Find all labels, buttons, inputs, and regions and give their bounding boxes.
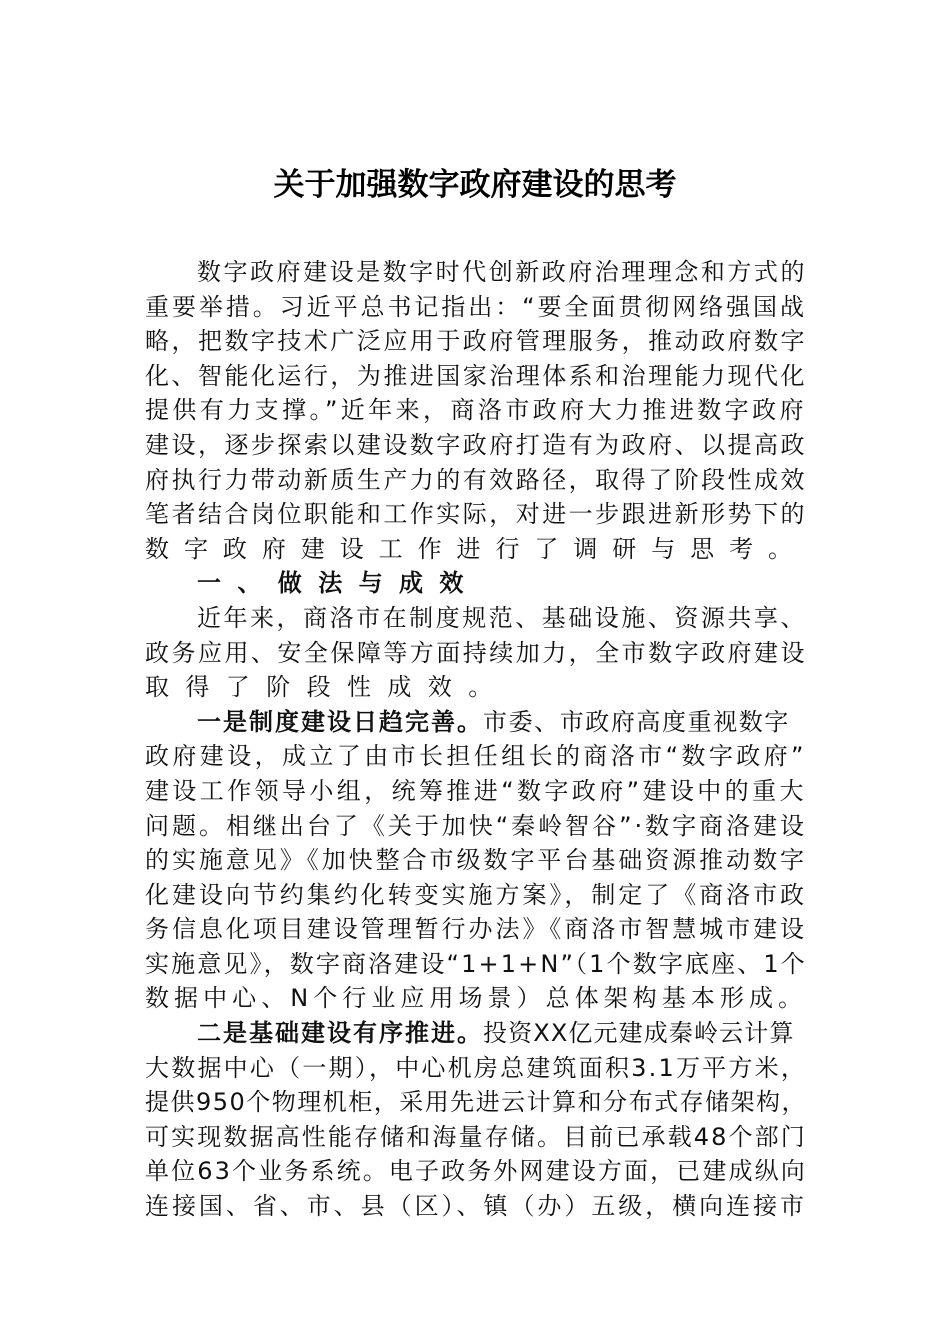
document-title: 关于加强数字政府建设的思考 xyxy=(0,163,950,207)
text-line: 略，把数字技术广泛应用于政府管理服务，推动政府数字 xyxy=(145,324,807,359)
text-line: 一是制度建设日趋完善。市委、市政府高度重视数字 xyxy=(145,705,807,740)
text-line: 化、智能化运行，为推进国家治理体系和治理能力现代化 xyxy=(145,359,807,394)
lead-phrase: 一是制度建设日趋完善。 xyxy=(197,708,483,736)
text-line: 可实现数据高性能存储和海量存储。目前已承载48个部门 xyxy=(145,1120,807,1155)
paragraph-institutional: 一是制度建设日趋完善。市委、市政府高度重视数字 政府建设，成立了由市长担任组长的… xyxy=(145,705,807,1016)
text-line: 实施意见》，数字商洛建设“1+1+N”（1个数字底座、1个 xyxy=(145,947,807,982)
document-page: 关于加强数字政府建设的思考 数字政府建设是数字时代创新政府治理理念和方式的 重要… xyxy=(0,0,950,1344)
text-line: 建设工作领导小组，统筹推进“数字政府”建设中的重大 xyxy=(145,774,807,809)
text-line: 大数据中心（一期），中心机房总建筑面积3.1万平方米， xyxy=(145,1051,807,1086)
section-heading: 一、做法与成效 xyxy=(145,566,807,601)
text-line: 提供950个物理机柜，采用先进云计算和分布式存储架构， xyxy=(145,1085,807,1120)
text-line: 的实施意见》《加快整合市级数字平台基础资源推动数字 xyxy=(145,843,807,878)
text-line: 化建设向节约集约化转变实施方案》，制定了《商洛市政 xyxy=(145,878,807,913)
text-line: 府执行力带动新质生产力的有效路径，取得了阶段性成效 xyxy=(145,463,807,498)
paragraph-infrastructure: 二是基础建设有序推进。投资XX亿元建成秦岭云计算 大数据中心（一期），中心机房总… xyxy=(145,1016,807,1224)
text-line: 提供有力支撑。”近年来，商洛市政府大力推进数字政府 xyxy=(145,393,807,428)
lead-rest: 市委、市政府高度重视数字 xyxy=(483,708,790,736)
text-line: 单位63个业务系统。电子政务外网建设方面，已建成纵向 xyxy=(145,1154,807,1189)
text-line: 重要举措。习近平总书记指出：“要全面贯彻网络强国战 xyxy=(145,290,807,325)
paragraph-overview: 近年来，商洛市在制度规范、基础设施、资源共享、 政务应用、安全保障等方面持续加力… xyxy=(145,601,807,705)
lead-rest: 投资XX亿元建成秦岭云计算 xyxy=(483,1019,795,1047)
text-line: 数据中心、N个行业应用场景）总体架构基本形成。 xyxy=(145,981,807,1016)
text-line: 建设，逐步探索以建设数字政府打造有为政府、以提高政 xyxy=(145,428,807,463)
text-line: 政务应用、安全保障等方面持续加力，全市数字政府建设 xyxy=(145,636,807,671)
text-line: 连接国、省、市、县（区）、镇（办）五级，横向连接市 xyxy=(145,1189,807,1224)
paragraph-intro: 数字政府建设是数字时代创新政府治理理念和方式的 重要举措。习近平总书记指出：“要… xyxy=(145,255,807,566)
text-line: 取得了阶段性成效。 xyxy=(145,670,807,705)
lead-phrase: 二是基础建设有序推进。 xyxy=(197,1019,483,1047)
text-line: 政府建设，成立了由市长担任组长的商洛市“数字政府” xyxy=(145,739,807,774)
text-line: 数字政府建设工作进行了调研与思考。 xyxy=(145,532,807,567)
text-line: 笔者结合岗位职能和工作实际，对进一步跟进新形势下的 xyxy=(145,497,807,532)
text-line: 近年来，商洛市在制度规范、基础设施、资源共享、 xyxy=(145,601,807,636)
text-line: 数字政府建设是数字时代创新政府治理理念和方式的 xyxy=(145,255,807,290)
text-line: 务信息化项目建设管理暂行办法》《商洛市智慧城市建设 xyxy=(145,912,807,947)
text-line: 二是基础建设有序推进。投资XX亿元建成秦岭云计算 xyxy=(145,1016,807,1051)
document-body: 数字政府建设是数字时代创新政府治理理念和方式的 重要举措。习近平总书记指出：“要… xyxy=(145,255,807,1224)
text-line: 问题。相继出台了《关于加快“秦岭智谷”·数字商洛建设 xyxy=(145,809,807,844)
